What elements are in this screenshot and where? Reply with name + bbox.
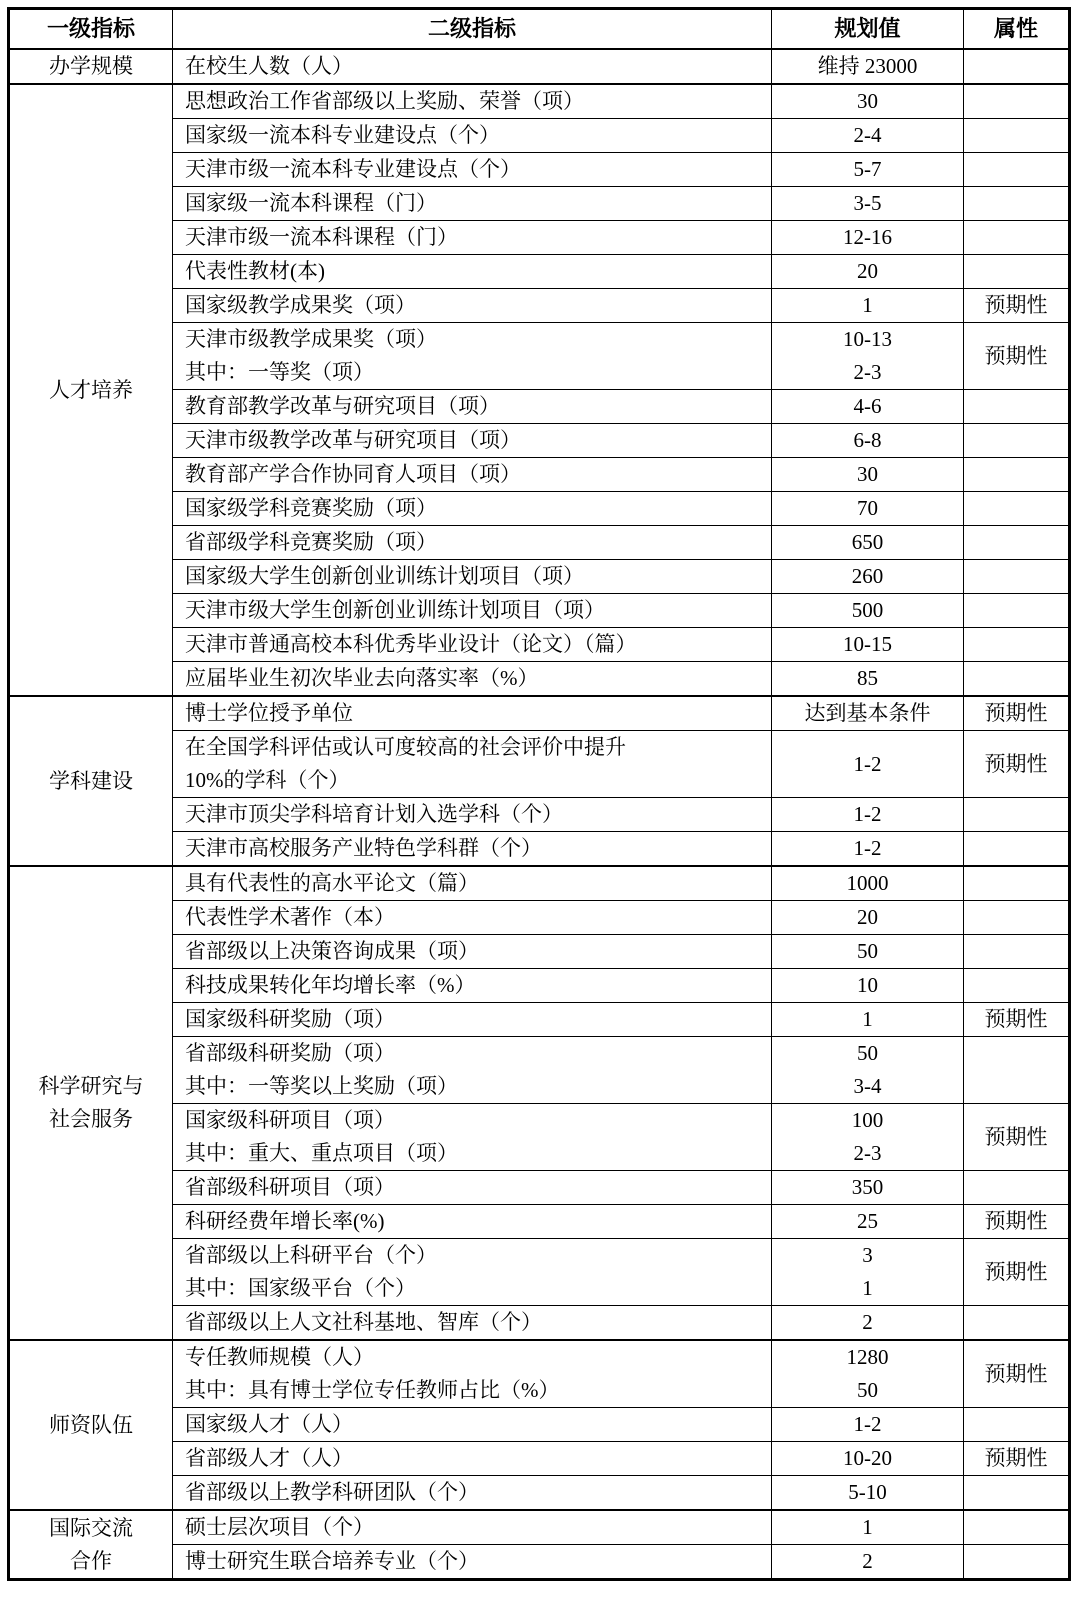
planned-value-text: 70 xyxy=(772,492,963,525)
planned-value-cell: 30 xyxy=(772,458,964,492)
indicator-cell: 省部级以上决策咨询成果（项） xyxy=(173,935,772,969)
table-row: 师资队伍专任教师规模（人）其中：具有博士学位专任教师占比（%）128050预期性 xyxy=(9,1340,1070,1408)
attribute-cell xyxy=(964,221,1070,255)
indicator-text: 其中：一等奖（项） xyxy=(173,356,771,389)
planned-value-cell: 1 xyxy=(772,1003,964,1037)
planned-value-text: 5-7 xyxy=(772,153,963,186)
attribute-cell xyxy=(964,84,1070,119)
table-row: 国际交流合作硕士层次项目（个）1 xyxy=(9,1510,1070,1545)
indicator-cell: 国家级科研奖励（项） xyxy=(173,1003,772,1037)
indicator-text: 天津市顶尖学科培育计划入选学科（个） xyxy=(173,798,771,831)
indicator-cell: 科研经费年增长率(%) xyxy=(173,1205,772,1239)
planned-value-cell: 650 xyxy=(772,526,964,560)
attribute-cell xyxy=(964,119,1070,153)
indicator-text: 天津市级教学改革与研究项目（项） xyxy=(173,424,771,457)
attribute-cell xyxy=(964,662,1070,697)
planned-value-text: 2-4 xyxy=(772,119,963,152)
indicator-cell: 在校生人数（人） xyxy=(173,49,772,84)
attribute-cell: 预期性 xyxy=(964,323,1070,390)
indicator-text: 专任教师规模（人） xyxy=(173,1341,771,1374)
attribute-cell: 预期性 xyxy=(964,1205,1070,1239)
planned-value-text: 100 xyxy=(772,1104,963,1137)
header-row: 一级指标 二级指标 规划值 属性 xyxy=(9,9,1070,50)
indicator-cell: 代表性学术著作（本） xyxy=(173,901,772,935)
table-body: 办学规模在校生人数（人）维持 23000人才培养思想政治工作省部级以上奖励、荣誉… xyxy=(9,49,1070,1580)
indicator-text: 国家级大学生创新创业训练计划项目（项） xyxy=(173,560,771,593)
attribute-cell xyxy=(964,594,1070,628)
planned-value-cell: 1000 xyxy=(772,866,964,901)
planned-value-cell: 10-132-3 xyxy=(772,323,964,390)
indicator-cell: 专任教师规模（人）其中：具有博士学位专任教师占比（%） xyxy=(173,1340,772,1408)
planned-value-text: 1-2 xyxy=(772,832,963,865)
planned-value-cell: 2 xyxy=(772,1306,964,1341)
indicator-cell: 博士学位授予单位 xyxy=(173,696,772,731)
planned-value-text: 维持 23000 xyxy=(772,50,963,83)
indicator-text: 国家级一流本科专业建设点（个） xyxy=(173,119,771,152)
planned-value-cell: 3-5 xyxy=(772,187,964,221)
attribute-cell xyxy=(964,458,1070,492)
attribute-cell xyxy=(964,492,1070,526)
category-cell: 学科建设 xyxy=(9,696,173,866)
planned-value-text: 6-8 xyxy=(772,424,963,457)
indicator-cell: 国家级人才（人） xyxy=(173,1408,772,1442)
attribute-cell: 预期性 xyxy=(964,289,1070,323)
planned-value-text: 1-2 xyxy=(772,1408,963,1441)
attribute-cell: 预期性 xyxy=(964,731,1070,798)
category-cell: 办学规模 xyxy=(9,49,173,84)
attribute-cell xyxy=(964,424,1070,458)
planned-value-text: 达到基本条件 xyxy=(772,697,963,730)
attribute-cell xyxy=(964,628,1070,662)
indicator-text: 在校生人数（人） xyxy=(173,50,771,83)
planned-value-cell: 20 xyxy=(772,255,964,289)
indicator-text: 博士学位授予单位 xyxy=(173,697,771,730)
planned-value-cell: 30 xyxy=(772,84,964,119)
indicator-cell: 教育部教学改革与研究项目（项） xyxy=(173,390,772,424)
indicator-cell: 天津市级教学成果奖（项）其中：一等奖（项） xyxy=(173,323,772,390)
planned-value-cell: 2-4 xyxy=(772,119,964,153)
planned-value-text: 2-3 xyxy=(772,356,963,389)
header-planned-value: 规划值 xyxy=(772,9,964,50)
planned-value-text: 2 xyxy=(772,1306,963,1339)
attribute-cell: 预期性 xyxy=(964,696,1070,731)
planned-value-text: 1 xyxy=(772,1003,963,1036)
planned-value-text: 50 xyxy=(772,935,963,968)
indicator-text: 教育部教学改革与研究项目（项） xyxy=(173,390,771,423)
indicator-text: 其中：一等奖以上奖励（项） xyxy=(173,1070,771,1103)
planned-value-text: 3 xyxy=(772,1239,963,1272)
planned-value-cell: 1-2 xyxy=(772,1408,964,1442)
indicator-text: 国家级学科竞赛奖励（项） xyxy=(173,492,771,525)
planned-value-text: 10-13 xyxy=(772,323,963,356)
planned-value-cell: 31 xyxy=(772,1239,964,1306)
indicator-cell: 国家级学科竞赛奖励（项） xyxy=(173,492,772,526)
indicator-text: 省部级人才（人） xyxy=(173,1442,771,1475)
indicator-cell: 硕士层次项目（个） xyxy=(173,1510,772,1545)
planned-value-text: 1 xyxy=(772,289,963,322)
category-cell: 科学研究与社会服务 xyxy=(9,866,173,1340)
indicator-text: 国家级教学成果奖（项） xyxy=(173,289,771,322)
attribute-cell xyxy=(964,798,1070,832)
attribute-cell xyxy=(964,935,1070,969)
indicator-text: 国家级科研奖励（项） xyxy=(173,1003,771,1036)
indicator-text: 科技成果转化年均增长率（%） xyxy=(173,969,771,1002)
planned-value-text: 20 xyxy=(772,901,963,934)
planned-value-text: 50 xyxy=(772,1374,963,1407)
indicator-text: 代表性教材(本) xyxy=(173,255,771,288)
category-label: 合作 xyxy=(10,1545,172,1578)
attribute-cell xyxy=(964,1476,1070,1511)
planned-value-cell: 503-4 xyxy=(772,1037,964,1104)
indicator-text: 省部级以上决策咨询成果（项） xyxy=(173,935,771,968)
indicator-cell: 天津市级教学改革与研究项目（项） xyxy=(173,424,772,458)
indicator-cell: 省部级以上教学科研团队（个） xyxy=(173,1476,772,1511)
planned-value-cell: 350 xyxy=(772,1171,964,1205)
indicator-text: 博士研究生联合培养专业（个） xyxy=(173,1545,771,1578)
planned-value-cell: 2 xyxy=(772,1545,964,1580)
indicator-text: 天津市高校服务产业特色学科群（个） xyxy=(173,832,771,865)
attribute-cell xyxy=(964,1171,1070,1205)
indicator-cell: 科技成果转化年均增长率（%） xyxy=(173,969,772,1003)
attribute-cell xyxy=(964,153,1070,187)
planned-value-cell: 12-16 xyxy=(772,221,964,255)
planned-value-cell: 70 xyxy=(772,492,964,526)
attribute-cell xyxy=(964,49,1070,84)
indicator-cell: 天津市顶尖学科培育计划入选学科（个） xyxy=(173,798,772,832)
indicator-cell: 具有代表性的高水平论文（篇） xyxy=(173,866,772,901)
planned-value-cell: 1-2 xyxy=(772,832,964,867)
indicator-text: 思想政治工作省部级以上奖励、荣誉（项） xyxy=(173,85,771,118)
planned-value-cell: 500 xyxy=(772,594,964,628)
indicator-text: 国家级科研项目（项） xyxy=(173,1104,771,1137)
indicator-text: 具有代表性的高水平论文（篇） xyxy=(173,867,771,900)
table-row: 科学研究与社会服务具有代表性的高水平论文（篇）1000 xyxy=(9,866,1070,901)
indicator-cell: 省部级学科竞赛奖励（项） xyxy=(173,526,772,560)
planned-value-cell: 5-10 xyxy=(772,1476,964,1511)
indicator-cell: 省部级科研奖励（项）其中：一等奖以上奖励（项） xyxy=(173,1037,772,1104)
category-label: 国际交流 xyxy=(10,1512,172,1545)
indicator-cell: 国家级一流本科课程（门） xyxy=(173,187,772,221)
planned-value-cell: 20 xyxy=(772,901,964,935)
indicator-text: 省部级科研项目（项） xyxy=(173,1171,771,1204)
indicator-cell: 天津市高校服务产业特色学科群（个） xyxy=(173,832,772,867)
attribute-cell: 预期性 xyxy=(964,1239,1070,1306)
indicator-text: 国家级一流本科课程（门） xyxy=(173,187,771,220)
attribute-cell xyxy=(964,560,1070,594)
attribute-cell xyxy=(964,901,1070,935)
planned-value-text: 1000 xyxy=(772,867,963,900)
planned-value-cell: 4-6 xyxy=(772,390,964,424)
planned-value-cell: 1-2 xyxy=(772,798,964,832)
category-cell: 人才培养 xyxy=(9,84,173,696)
planned-value-text: 1 xyxy=(772,1511,963,1544)
indicator-cell: 天津市级一流本科专业建设点（个） xyxy=(173,153,772,187)
planned-value-cell: 10-20 xyxy=(772,1442,964,1476)
table-row: 办学规模在校生人数（人）维持 23000 xyxy=(9,49,1070,84)
planned-value-text: 3-4 xyxy=(772,1070,963,1103)
category-label: 学科建设 xyxy=(10,765,172,798)
indicator-cell: 国家级大学生创新创业训练计划项目（项） xyxy=(173,560,772,594)
attribute-cell xyxy=(964,1510,1070,1545)
category-cell: 国际交流合作 xyxy=(9,1510,173,1580)
planned-value-cell: 1 xyxy=(772,1510,964,1545)
indicator-text: 国家级人才（人） xyxy=(173,1408,771,1441)
planned-value-cell: 10-15 xyxy=(772,628,964,662)
category-label: 办学规模 xyxy=(10,50,172,83)
planned-value-text: 1280 xyxy=(772,1341,963,1374)
planned-value-text: 3-5 xyxy=(772,187,963,220)
indicator-cell: 国家级教学成果奖（项） xyxy=(173,289,772,323)
indicator-text: 天津市级一流本科专业建设点（个） xyxy=(173,153,771,186)
planned-value-text: 2 xyxy=(772,1545,963,1578)
indicator-text: 硕士层次项目（个） xyxy=(173,1511,771,1544)
indicator-text: 天津市级一流本科课程（门） xyxy=(173,221,771,254)
planned-value-cell: 260 xyxy=(772,560,964,594)
attribute-cell: 预期性 xyxy=(964,1442,1070,1476)
indicator-text: 教育部产学合作协同育人项目（项） xyxy=(173,458,771,491)
category-cell: 师资队伍 xyxy=(9,1340,173,1510)
attribute-cell xyxy=(964,866,1070,901)
planned-value-cell: 50 xyxy=(772,935,964,969)
planned-value-text: 500 xyxy=(772,594,963,627)
indicator-cell: 省部级科研项目（项） xyxy=(173,1171,772,1205)
planned-value-text: 1-2 xyxy=(772,798,963,831)
indicator-cell: 在全国学科评估或认可度较高的社会评价中提升10%的学科（个） xyxy=(173,731,772,798)
attribute-cell xyxy=(964,1037,1070,1104)
indicator-text: 科研经费年增长率(%) xyxy=(173,1205,771,1238)
indicator-cell: 思想政治工作省部级以上奖励、荣誉（项） xyxy=(173,84,772,119)
planned-value-text: 10-20 xyxy=(772,1442,963,1475)
planned-value-text: 12-16 xyxy=(772,221,963,254)
planned-value-text: 50 xyxy=(772,1037,963,1070)
table-row: 人才培养思想政治工作省部级以上奖励、荣誉（项）30 xyxy=(9,84,1070,119)
category-label: 科学研究与 xyxy=(10,1070,172,1103)
indicator-text: 天津市级大学生创新创业训练计划项目（项） xyxy=(173,594,771,627)
indicator-text: 省部级学科竞赛奖励（项） xyxy=(173,526,771,559)
table-row: 学科建设博士学位授予单位达到基本条件预期性 xyxy=(9,696,1070,731)
attribute-cell xyxy=(964,832,1070,867)
indicator-cell: 天津市普通高校本科优秀毕业设计（论文）（篇） xyxy=(173,628,772,662)
indicator-text: 省部级以上教学科研团队（个） xyxy=(173,1476,771,1509)
header-level2-indicator: 二级指标 xyxy=(173,9,772,50)
indicator-cell: 省部级人才（人） xyxy=(173,1442,772,1476)
indicator-cell: 应届毕业生初次毕业去向落实率（%） xyxy=(173,662,772,697)
header-attribute: 属性 xyxy=(964,9,1070,50)
planned-value-text: 1 xyxy=(772,1272,963,1305)
planned-value-cell: 6-8 xyxy=(772,424,964,458)
indicator-cell: 博士研究生联合培养专业（个） xyxy=(173,1545,772,1580)
category-label: 人才培养 xyxy=(10,374,172,407)
planned-value-text: 260 xyxy=(772,560,963,593)
planned-value-text: 5-10 xyxy=(772,1476,963,1509)
category-label: 社会服务 xyxy=(10,1103,172,1136)
planned-value-text: 85 xyxy=(772,662,963,695)
attribute-cell xyxy=(964,390,1070,424)
planned-value-text: 30 xyxy=(772,85,963,118)
attribute-cell xyxy=(964,1408,1070,1442)
attribute-cell xyxy=(964,1306,1070,1341)
indicator-cell: 代表性教材(本) xyxy=(173,255,772,289)
indicator-text: 10%的学科（个） xyxy=(173,764,771,797)
planned-value-text: 650 xyxy=(772,526,963,559)
planned-value-text: 30 xyxy=(772,458,963,491)
planned-value-text: 4-6 xyxy=(772,390,963,423)
planned-value-text: 20 xyxy=(772,255,963,288)
indicator-text: 应届毕业生初次毕业去向落实率（%） xyxy=(173,662,771,695)
indicator-table: 一级指标 二级指标 规划值 属性 办学规模在校生人数（人）维持 23000人才培… xyxy=(7,7,1071,1581)
planned-value-cell: 维持 23000 xyxy=(772,49,964,84)
planned-value-text: 10 xyxy=(772,969,963,1002)
planned-value-text: 10-15 xyxy=(772,628,963,661)
planned-value-cell: 1002-3 xyxy=(772,1104,964,1171)
planned-value-cell: 达到基本条件 xyxy=(772,696,964,731)
planned-value-text: 350 xyxy=(772,1171,963,1204)
indicator-text: 代表性学术著作（本） xyxy=(173,901,771,934)
indicator-text: 其中：国家级平台（个） xyxy=(173,1272,771,1305)
indicator-cell: 国家级科研项目（项）其中：重大、重点项目（项） xyxy=(173,1104,772,1171)
attribute-cell xyxy=(964,255,1070,289)
planned-value-cell: 10 xyxy=(772,969,964,1003)
indicator-text: 其中：重大、重点项目（项） xyxy=(173,1137,771,1170)
document-page: 一级指标 二级指标 规划值 属性 办学规模在校生人数（人）维持 23000人才培… xyxy=(0,0,1076,1599)
planned-value-cell: 1-2 xyxy=(772,731,964,798)
indicator-text: 省部级以上人文社科基地、智库（个） xyxy=(173,1306,771,1339)
indicator-cell: 国家级一流本科专业建设点（个） xyxy=(173,119,772,153)
indicator-text: 省部级科研奖励（项） xyxy=(173,1037,771,1070)
attribute-cell: 预期性 xyxy=(964,1104,1070,1171)
planned-value-cell: 85 xyxy=(772,662,964,697)
attribute-cell xyxy=(964,526,1070,560)
indicator-text: 在全国学科评估或认可度较高的社会评价中提升 xyxy=(173,731,771,764)
attribute-cell: 预期性 xyxy=(964,1003,1070,1037)
indicator-cell: 天津市级大学生创新创业训练计划项目（项） xyxy=(173,594,772,628)
indicator-text: 天津市级教学成果奖（项） xyxy=(173,323,771,356)
planned-value-text: 2-3 xyxy=(772,1137,963,1170)
attribute-cell xyxy=(964,969,1070,1003)
indicator-text: 天津市普通高校本科优秀毕业设计（论文）（篇） xyxy=(173,628,771,661)
attribute-cell xyxy=(964,1545,1070,1580)
indicator-cell: 天津市级一流本科课程（门） xyxy=(173,221,772,255)
planned-value-text: 25 xyxy=(772,1205,963,1238)
indicator-cell: 省部级以上科研平台（个）其中：国家级平台（个） xyxy=(173,1239,772,1306)
indicator-cell: 省部级以上人文社科基地、智库（个） xyxy=(173,1306,772,1341)
header-level1-indicator: 一级指标 xyxy=(9,9,173,50)
category-label: 师资队伍 xyxy=(10,1409,172,1442)
indicator-text: 其中：具有博士学位专任教师占比（%） xyxy=(173,1374,771,1407)
planned-value-cell: 1 xyxy=(772,289,964,323)
indicator-cell: 教育部产学合作协同育人项目（项） xyxy=(173,458,772,492)
planned-value-cell: 25 xyxy=(772,1205,964,1239)
attribute-cell: 预期性 xyxy=(964,1340,1070,1408)
indicator-text: 省部级以上科研平台（个） xyxy=(173,1239,771,1272)
attribute-cell xyxy=(964,187,1070,221)
planned-value-cell: 5-7 xyxy=(772,153,964,187)
planned-value-cell: 128050 xyxy=(772,1340,964,1408)
